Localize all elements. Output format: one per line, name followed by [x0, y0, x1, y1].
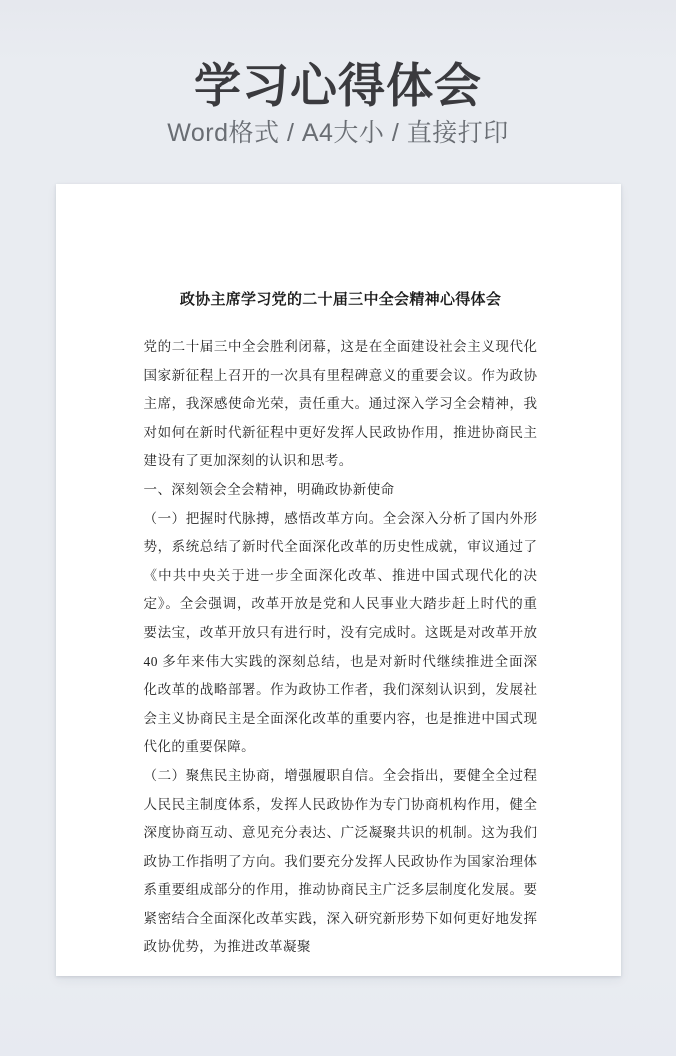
page-subtitle: Word格式 / A4大小 / 直接打印: [0, 118, 676, 148]
document-paragraph: 党的二十届三中全会胜利闭幕，这是在全面建设社会主义现代化国家新征程上召开的一次具…: [144, 333, 538, 476]
document-title: 政协主席学习党的二十届三中全会精神心得体会: [144, 292, 538, 308]
site-header: 学习心得体会 Word格式 / A4大小 / 直接打印: [0, 0, 676, 148]
document-page: 政协主席学习党的二十届三中全会精神心得体会 党的二十届三中全会胜利闭幕，这是在全…: [56, 184, 621, 976]
document-body: 党的二十届三中全会胜利闭幕，这是在全面建设社会主义现代化国家新征程上召开的一次具…: [144, 333, 538, 962]
document-paragraph: （二）聚焦民主协商，增强履职自信。全会指出，要健全全过程人民民主制度体系，发挥人…: [144, 762, 538, 962]
page-title: 学习心得体会: [0, 62, 676, 109]
document-paragraph: （一）把握时代脉搏，感悟改革方向。全会深入分析了国内外形势，系统总结了新时代全面…: [144, 505, 538, 762]
document-section-heading: 一、深刻领会全会精神，明确政协新使命: [144, 476, 538, 505]
